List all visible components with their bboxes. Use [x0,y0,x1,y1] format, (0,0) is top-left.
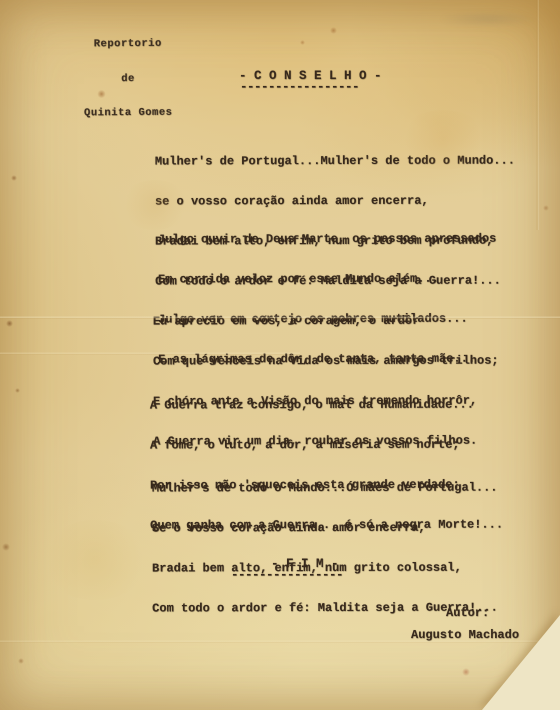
paper-stain [18,658,24,664]
poem-line: Mulher's de todo o Mundo...Ó mães de Por… [152,481,498,495]
paper-stain [330,27,337,34]
author-label: Autor: [446,606,489,620]
poem-line: Eu aprecio em vós, a coragem, o ardôr [153,314,499,328]
owner-stamp: Reportorio de Quinita Gomes [58,16,199,143]
poem-line: Se o vosso coração ainda amôr encerra, [152,522,498,536]
paper-stain [462,668,470,676]
paper-stain [11,175,17,181]
stamp-line-2: de [58,73,198,85]
faded-ink-ghost [428,8,548,30]
poem-line: A fome, o luto, a dôr, a miséria sem nor… [150,439,503,453]
poem-line: A Guerra traz consigo, o mal da Humanida… [150,398,503,412]
poem-line: Com que venceis na Vida os mais amargos … [153,355,499,369]
paper-stain [543,205,549,211]
poem-title-underline: ----------------- [240,80,359,94]
paper-stain [2,543,10,551]
stamp-line-1: Reportorio [58,39,198,51]
poem-line: Mulher's de Portugal...Mulher's de todo … [155,154,515,168]
paper-stain [15,388,20,393]
author-name: Augusto Machado [411,628,519,642]
paper-crease [536,0,539,230]
paper-stain [300,40,305,45]
paper-stain [40,520,150,600]
poem-line: Em corrida veloz por esse Mundo além... [158,273,497,287]
document-page: Reportorio de Quinita Gomes - C O N S E … [0,0,560,710]
fim-underline: ---------------- [231,568,343,582]
stamp-line-3: Quinita Gomes [58,108,198,120]
paper-stain [6,320,13,327]
poem-line: Julgo ouvir de Deus Marte, os passos apr… [158,232,497,246]
